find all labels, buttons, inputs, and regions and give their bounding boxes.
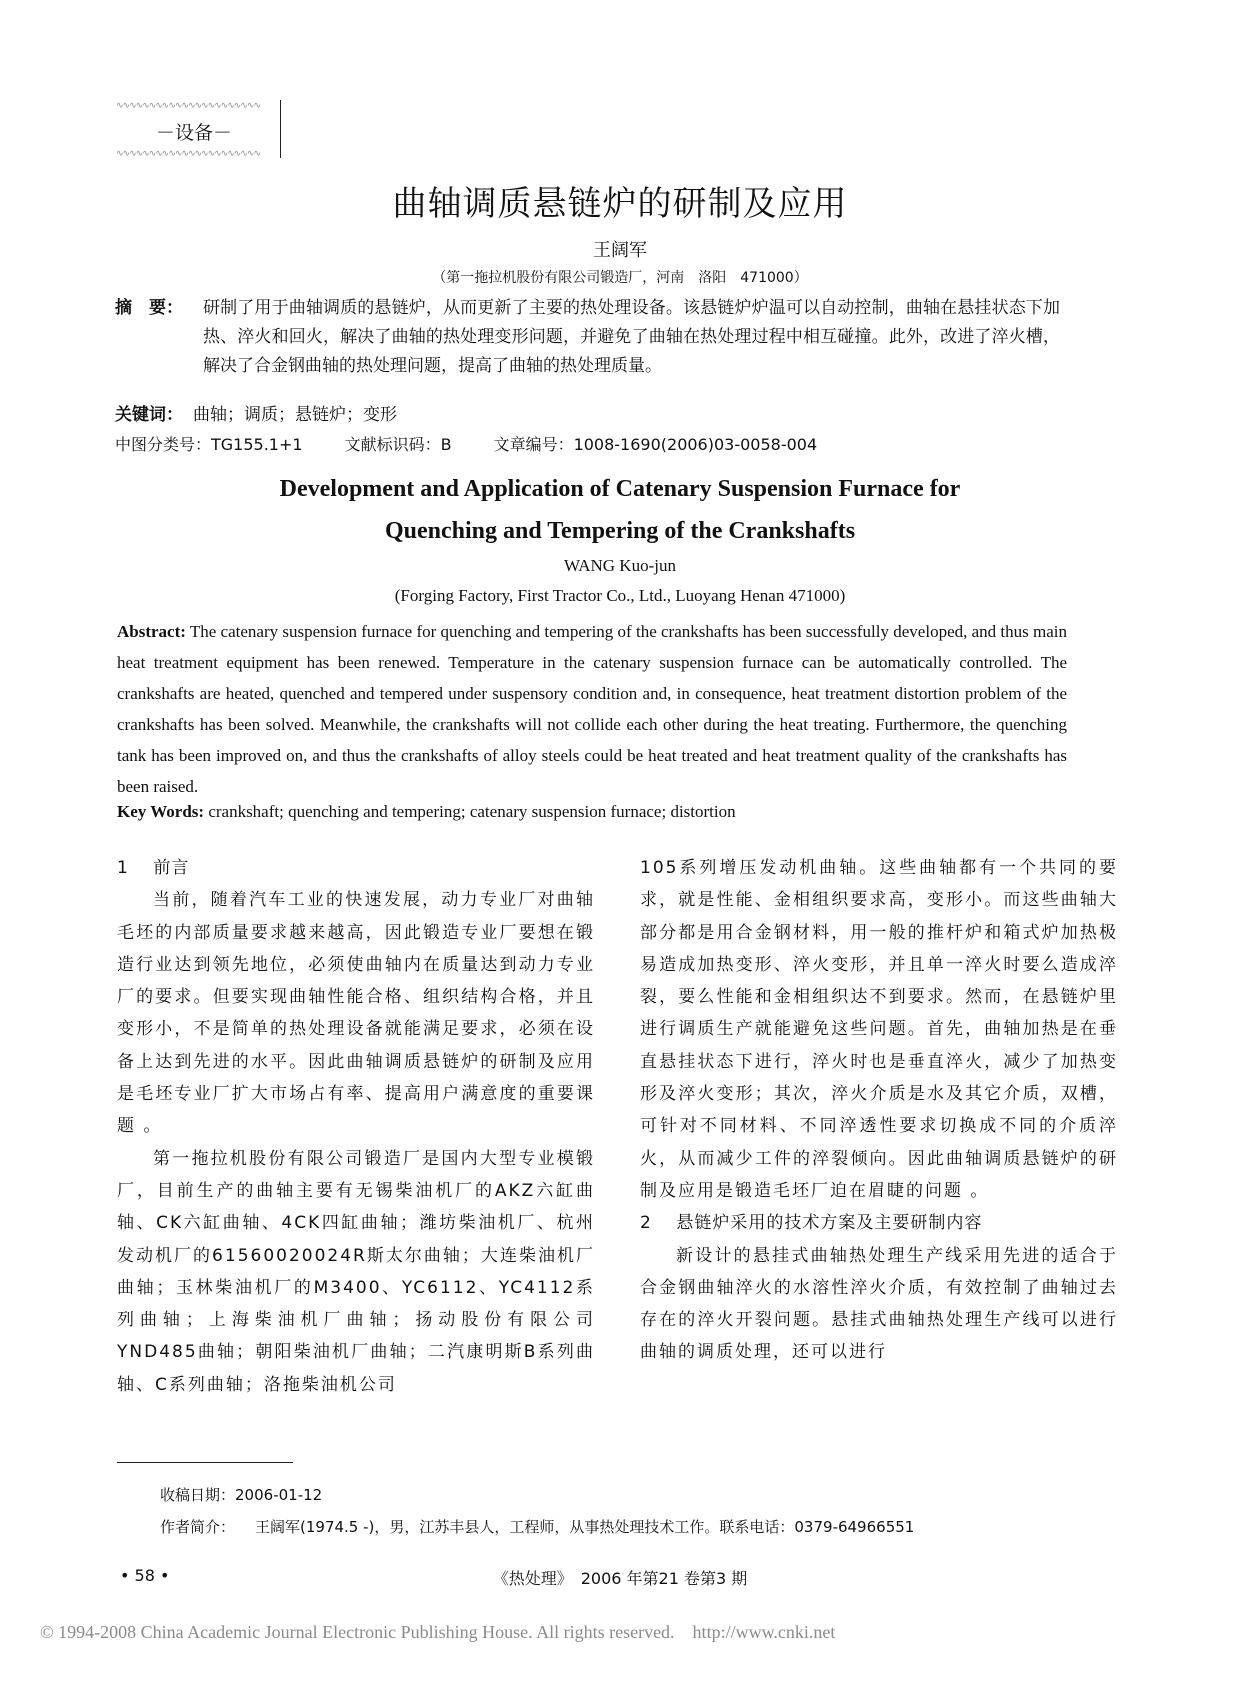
- received-value: 2006-01-12: [235, 1486, 322, 1504]
- section-heading-1: 1 前言: [117, 852, 595, 884]
- english-title: Development and Application of Catenary …: [0, 468, 1240, 552]
- chinese-author: 王阔军: [0, 236, 1240, 262]
- chinese-keywords: 关键词：曲轴；调质；悬链炉；变形: [115, 400, 397, 425]
- section-label: －设备－: [108, 118, 280, 145]
- wavy-ornament-top: ∿∿∿∿∿∿∿∿∿∿∿∿∿∿∿∿∿∿∿∿∿∿: [116, 102, 276, 110]
- author-bio-text: 王阔军(1974.5 -)，男，江苏丰县人，工程师，从事热处理技术工作。联系电话…: [255, 1518, 914, 1536]
- section-number: 2: [640, 1207, 670, 1239]
- article-id: 文章编号：1008-1690(2006)03-0058-004: [494, 435, 818, 454]
- english-abstract-label: Abstract:: [117, 622, 186, 641]
- chinese-abstract: 摘 要： 研制了用于曲轴调质的悬链炉，从而更新了主要的热处理设备。该悬链炉炉温可…: [115, 294, 1060, 381]
- classification-line: 中图分类号：TG155.1+1文献标识码：B文章编号：1008-1690(200…: [115, 432, 859, 455]
- english-keywords-text: crankshaft; quenching and tempering; cat…: [208, 802, 735, 821]
- section-tag: ∿∿∿∿∿∿∿∿∿∿∿∿∿∿∿∿∿∿∿∿∿∿ －设备－ ∿∿∿∿∿∿∿∿∿∿∿∿…: [108, 100, 281, 158]
- author-bio-label: 作者简介：: [160, 1518, 235, 1536]
- footnote-divider: [117, 1462, 293, 1463]
- chinese-abstract-label: 摘 要：: [115, 294, 183, 323]
- section-title: 悬链炉采用的技术方案及主要研制内容: [676, 1213, 982, 1233]
- copyright-notice: © 1994-2008 China Academic Journal Elect…: [40, 1622, 835, 1643]
- english-affiliation: (Forging Factory, First Tractor Co., Ltd…: [0, 586, 1240, 606]
- english-author: WANG Kuo-jun: [0, 556, 1240, 576]
- document-code: 文献标识码：B: [345, 435, 452, 454]
- english-keywords-label: Key Words:: [117, 802, 204, 821]
- author-bio: 作者简介：王阔军(1974.5 -)，男，江苏丰县人，工程师，从事热处理技术工作…: [160, 1516, 914, 1537]
- chinese-keywords-text: 曲轴；调质；悬链炉；变形: [193, 405, 397, 425]
- received-date: 收稿日期：2006-01-12: [160, 1484, 322, 1505]
- chinese-keywords-label: 关键词：: [115, 405, 183, 425]
- paragraph: 当前，随着汽车工业的快速发展，动力专业厂对曲轴毛坯的内部质量要求越来越高，因此锻…: [117, 884, 595, 1142]
- english-title-line1: Development and Application of Catenary …: [0, 468, 1240, 510]
- english-abstract-text: The catenary suspension furnace for quen…: [117, 622, 1067, 796]
- english-keywords: Key Words: crankshaft; quenching and tem…: [117, 802, 736, 822]
- wavy-ornament-bottom: ∿∿∿∿∿∿∿∿∿∿∿∿∿∿∿∿∿∿∿∿∿∿: [116, 150, 276, 158]
- chinese-title: 曲轴调质悬链炉的研制及应用: [0, 176, 1240, 225]
- journal-info: 《热处理》 2006 年第21 卷第3 期: [0, 1566, 1240, 1589]
- received-label: 收稿日期：: [160, 1486, 235, 1504]
- chinese-abstract-text: 研制了用于曲轴调质的悬链炉，从而更新了主要的热处理设备。该悬链炉炉温可以自动控制…: [203, 294, 1060, 381]
- clc-number: 中图分类号：TG155.1+1: [115, 435, 303, 454]
- paragraph-continued: 105系列增压发动机曲轴。这些曲轴都有一个共同的要求，就是性能、金相组织要求高，…: [640, 852, 1118, 1207]
- paragraph: 新设计的悬挂式曲轴热处理生产线采用先进的适合于合金钢曲轴淬火的水溶性淬火介质，有…: [640, 1240, 1118, 1369]
- chinese-affiliation: （第一拖拉机股份有限公司锻造厂，河南 洛阳 471000）: [0, 267, 1240, 287]
- section-heading-2: 2 悬链炉采用的技术方案及主要研制内容: [640, 1207, 1118, 1239]
- english-abstract: Abstract: The catenary suspension furnac…: [117, 616, 1067, 802]
- body-column-left: 1 前言 当前，随着汽车工业的快速发展，动力专业厂对曲轴毛坯的内部质量要求越来越…: [117, 852, 595, 1401]
- body-column-right: 105系列增压发动机曲轴。这些曲轴都有一个共同的要求，就是性能、金相组织要求高，…: [640, 852, 1118, 1369]
- english-title-line2: Quenching and Tempering of the Crankshaf…: [0, 510, 1240, 552]
- section-number: 1: [117, 852, 147, 884]
- paragraph: 第一拖拉机股份有限公司锻造厂是国内大型专业模锻厂，目前生产的曲轴主要有无锡柴油机…: [117, 1143, 595, 1401]
- section-title: 前言: [153, 858, 189, 878]
